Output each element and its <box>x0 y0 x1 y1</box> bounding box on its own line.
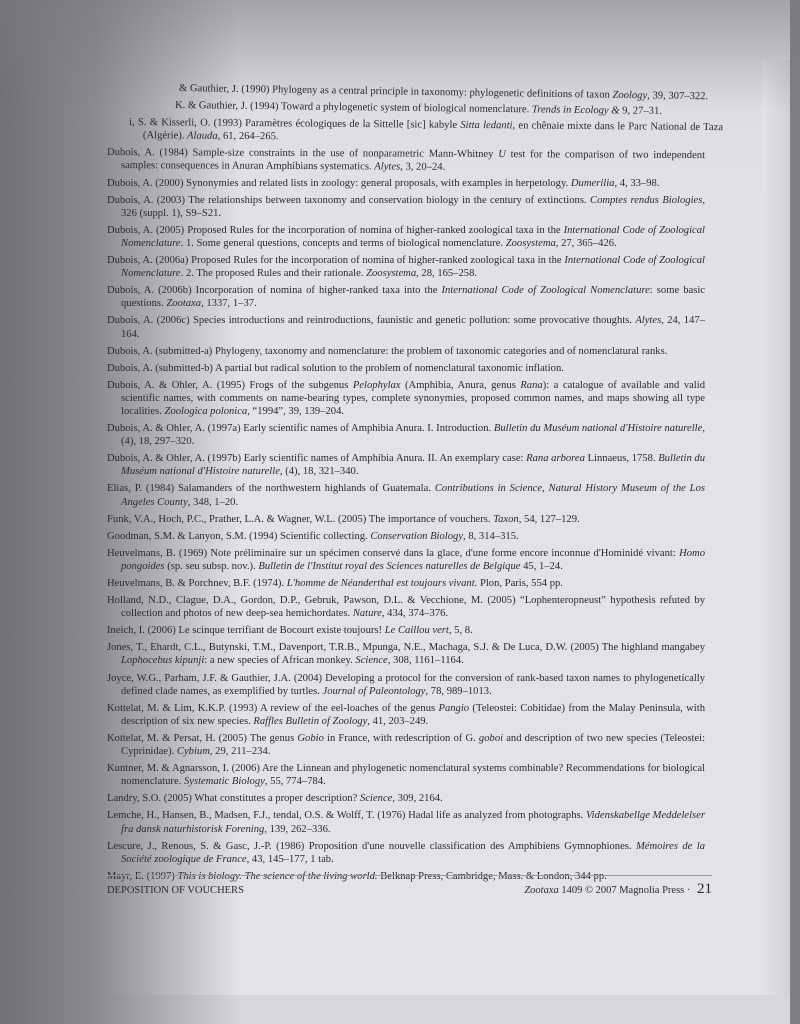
reference-text: Kottelat, M. & Persat, H. (2005) The gen… <box>107 733 297 744</box>
reference-entry: Dubois, A. (2003) The relationships betw… <box>107 194 705 220</box>
reference-italic: Sitta ledanti <box>460 120 512 131</box>
reference-text: , 28, 165–258. <box>416 268 477 279</box>
reference-text: , 41, 203–249. <box>367 716 428 727</box>
reference-italic: Nature <box>353 608 382 619</box>
reference-entry: Jones, T., Ehardt, C.L., Butynski, T.M.,… <box>107 641 705 667</box>
reference-text: Jones, T., Ehardt, C.L., Butynski, T.M.,… <box>107 642 705 653</box>
reference-text: in France, with redescription of G. <box>324 733 479 744</box>
reference-text: , 78, 989–1013. <box>426 686 492 697</box>
reference-italic: Rana <box>520 380 542 391</box>
reference-text: Dubois, A. & Ohler, A. (1997b) Early sci… <box>107 453 526 464</box>
reference-entry: Dubois, A. & Ohler, A. (1997a) Early sci… <box>107 422 705 448</box>
reference-italic: Raffles Bulletin of Zoology <box>253 716 367 727</box>
reference-text: , 308, 1161–1164. <box>388 655 464 666</box>
reference-text: Goodman, S.M. & Lanyon, S.M. (1994) Scie… <box>107 531 370 542</box>
reference-text: , 139, 262–336. <box>264 824 330 835</box>
reference-list: & Gauthier, J. (1990) Phylogeny as a cen… <box>107 82 705 887</box>
reference-text: , 8, 314–315. <box>463 531 519 542</box>
reference-italic: Alauda <box>187 131 218 142</box>
reference-text: Dubois, A. & Ohler, A. (1995) Frogs of t… <box>107 380 353 391</box>
reference-text: , 43, 145–177, 1 tab. <box>247 854 334 865</box>
reference-text: . 2. The proposed Rules and their ration… <box>181 268 366 279</box>
reference-entry: Ineich, I. (2006) Le scinque terrifiant … <box>107 624 705 637</box>
reference-entry: Heuvelmans, B. & Porchnev, B.F. (1974). … <box>107 577 705 590</box>
reference-entry: Kottelat, M. & Lim, K.K.P. (1993) A revi… <box>107 702 705 728</box>
reference-text: , 434, 374–376. <box>382 608 448 619</box>
reference-text: Landry, S.O. (2005) What constitutes a p… <box>107 793 360 804</box>
reference-entry: i, S. & Kisserli, O. (1993) Paramètres é… <box>129 116 723 147</box>
reference-entry: Dubois, A. (2005) Proposed Rules for the… <box>107 224 705 250</box>
running-head: DEPOSITION OF VOUCHERS <box>107 885 244 896</box>
reference-italic: Journal of Paleontology <box>323 686 426 697</box>
reference-entry: Dubois, A. (2006a) Proposed Rules for th… <box>107 254 705 280</box>
reference-italic: Zoology <box>612 90 647 102</box>
reference-text: Linnaeus, 1758. <box>585 453 658 464</box>
reference-text: Dubois, A. (2006b) Incorporation of nomi… <box>107 285 442 296</box>
reference-entry: Dubois, A. (submitted-a) Phylogeny, taxo… <box>107 345 705 358</box>
reference-text: , 61, 264–265. <box>218 131 279 143</box>
reference-italic: Gobio <box>297 733 323 744</box>
reference-text: Dubois, A. (1984) Sample-size constraint… <box>107 147 498 160</box>
reference-italic: Alytes <box>635 315 661 326</box>
reference-entry: Dubois, A. (2000) Synonymies and related… <box>107 177 705 190</box>
reference-text: , 1337, 1–37. <box>201 298 257 309</box>
page-number: 21 <box>697 881 712 897</box>
reference-italic: Rana arborea <box>526 453 585 464</box>
reference-italic: Science <box>355 655 387 666</box>
reference-italic: Cybium <box>177 746 210 757</box>
copyright: © 2007 Magnolia Press · <box>585 885 690 896</box>
reference-text: Heuvelmans, B. (1969) Note préliminaire … <box>107 548 679 559</box>
reference-text: , 3, 20–24. <box>400 162 445 173</box>
reference-entry: Dubois, A. & Ohler, A. (1997b) Early sci… <box>107 452 705 478</box>
page-edge <box>762 60 790 1000</box>
reference-text: Dubois, A. & Ohler, A. (1997a) Early sci… <box>107 423 494 434</box>
reference-entry: Lemche, H., Hansen, B., Madsen, F.J., te… <box>107 809 705 835</box>
reference-text: Lescure, J., Renous, S. & Gasc, J.-P. (1… <box>107 841 636 852</box>
reference-text: , 29, 211–234. <box>210 746 271 757</box>
journal-citation: Zootaxa 1409 © 2007 Magnolia Press · 21 <box>524 881 712 898</box>
reference-italic: Bulletin du Muséum national d'Histoire n… <box>494 423 702 434</box>
reference-text: Dubois, A. (2003) The relationships betw… <box>107 195 590 206</box>
reference-entry: Goodman, S.M. & Lanyon, S.M. (1994) Scie… <box>107 530 705 543</box>
reference-entry: Dubois, A. (1984) Sample-size constraint… <box>107 146 705 175</box>
reference-text: , (4), 18, 321–340. <box>280 466 359 477</box>
reference-text: Dubois, A. (2005) Proposed Rules for the… <box>107 225 564 236</box>
reference-text: i, S. & Kisserli, O. (1993) Paramètres é… <box>129 117 460 131</box>
reference-text: & Gauthier, J. (1990) Phylogeny as a cen… <box>179 83 613 101</box>
reference-text: , “1994”, 39, 139–204. <box>247 406 344 417</box>
reference-text: Kottelat, M. & Lim, K.K.P. (1993) A revi… <box>107 703 438 714</box>
reference-text: 45, 1–24. <box>520 561 562 572</box>
reference-entry: Joyce, W.G., Parham, J.F. & Gauthier, J.… <box>107 672 705 698</box>
footer-rule <box>107 875 712 876</box>
reference-italic: Alytes <box>374 162 400 173</box>
reference-italic: Comptes rendus Biologies <box>590 195 702 206</box>
reference-text: , 54, 127–129. <box>519 514 580 525</box>
reference-entry: Dubois, A. (submitted-b) A partial but r… <box>107 362 705 375</box>
reference-entry: Funk, V.A., Hoch, P.C., Prather, L.A. & … <box>107 513 705 526</box>
reference-italic: goboi <box>479 733 503 744</box>
reference-text: , 4, 33–98. <box>614 178 659 189</box>
journal-name: Zootaxa <box>524 885 558 896</box>
reference-text: , 309, 2164. <box>392 793 442 804</box>
reference-text: Plon, Paris, 554 pp. <box>477 578 563 589</box>
reference-text: Ineich, I. (2006) Le scinque terrifiant … <box>107 625 385 636</box>
page-footer: DEPOSITION OF VOUCHERS Zootaxa 1409 © 20… <box>107 881 712 898</box>
reference-italic: International Code of Zoological Nomencl… <box>442 285 650 296</box>
reference-text: , 348, 1–20. <box>188 497 238 508</box>
reference-text: , 5, 8. <box>449 625 473 636</box>
reference-italic: L'homme de Néanderthal est toujours viva… <box>287 578 478 589</box>
reference-italic: Zoosystema <box>506 238 556 249</box>
reference-entry: Kottelat, M. & Persat, H. (2005) The gen… <box>107 732 705 758</box>
reference-entry: Kuntner, M. & Agnarsson, I. (2006) Are t… <box>107 762 705 788</box>
reference-text: 9, 27–31. <box>619 106 662 118</box>
reference-italic: Taxon <box>493 514 519 525</box>
reference-text: Dubois, A. (2006a) Proposed Rules for th… <box>107 255 564 266</box>
reference-entry: Dubois, A. (2006b) Incorporation of nomi… <box>107 284 705 310</box>
reference-italic: Zoologica polonica <box>165 406 248 417</box>
reference-text: Dubois, A. (submitted-b) A partial but r… <box>107 363 564 374</box>
reference-italic: Le Caillou vert <box>385 625 449 636</box>
page-bottom-edge <box>18 995 790 1024</box>
reference-italic: Science <box>360 793 392 804</box>
reference-text: Elias, P. (1984) Salamanders of the nort… <box>107 483 435 494</box>
reference-italic: Systematic Biology <box>184 776 265 787</box>
reference-text: (Amphibia, Anura, genus <box>401 380 521 391</box>
reference-text: K. & Gauthier, J. (1994) Toward a phylog… <box>175 100 532 115</box>
reference-italic: U <box>498 149 506 160</box>
reference-text: Dubois, A. (2006c) Species introductions… <box>107 315 635 326</box>
reference-text: Dubois, A. (2000) Synonymies and related… <box>107 178 571 189</box>
reference-italic: Zoosystema <box>366 268 416 279</box>
reference-text: (sp. seu subsp. nov.). <box>165 561 259 572</box>
reference-italic: Trends in Ecology & <box>532 104 620 116</box>
reference-entry: Dubois, A. (2006c) Species introductions… <box>107 314 705 340</box>
reference-text: , 27, 365–426. <box>556 238 617 249</box>
reference-text: . 1. Some general questions, concepts an… <box>181 238 506 249</box>
reference-text: , 55, 774–784. <box>265 776 326 787</box>
reference-entry: Elias, P. (1984) Salamanders of the nort… <box>107 482 705 508</box>
reference-entry: Holland, N.D., Clague, D.A., Gordon, D.P… <box>107 594 705 620</box>
journal-volume: 1409 <box>561 885 582 896</box>
reference-entry: Heuvelmans, B. (1969) Note préliminaire … <box>107 547 705 573</box>
reference-italic: Bulletin de l'Institut royal des Science… <box>258 561 520 572</box>
reference-italic: Dumerilia <box>571 178 615 189</box>
reference-italic: Pangio <box>438 703 469 714</box>
reference-text: Funk, V.A., Hoch, P.C., Prather, L.A. & … <box>107 514 493 525</box>
reference-italic: Conservation Biology <box>370 531 463 542</box>
reference-text: Heuvelmans, B. & Porchnev, B.F. (1974). <box>107 578 287 589</box>
reference-text: , 39, 307–322. <box>647 90 708 102</box>
reference-entry: Landry, S.O. (2005) What constitutes a p… <box>107 792 705 805</box>
reference-text: Dubois, A. (submitted-a) Phylogeny, taxo… <box>107 346 667 357</box>
reference-italic: Pelophylax <box>353 380 401 391</box>
reference-text: Lemche, H., Hansen, B., Madsen, F.J., te… <box>107 810 586 821</box>
reference-italic: Lophocebus kipunji <box>121 655 204 666</box>
reference-text: : a new species of African monkey. <box>204 655 355 666</box>
reference-entry: Dubois, A. & Ohler, A. (1995) Frogs of t… <box>107 379 705 418</box>
reference-entry: Lescure, J., Renous, S. & Gasc, J.-P. (1… <box>107 840 705 866</box>
reference-italic: Zootaxa <box>166 298 201 309</box>
